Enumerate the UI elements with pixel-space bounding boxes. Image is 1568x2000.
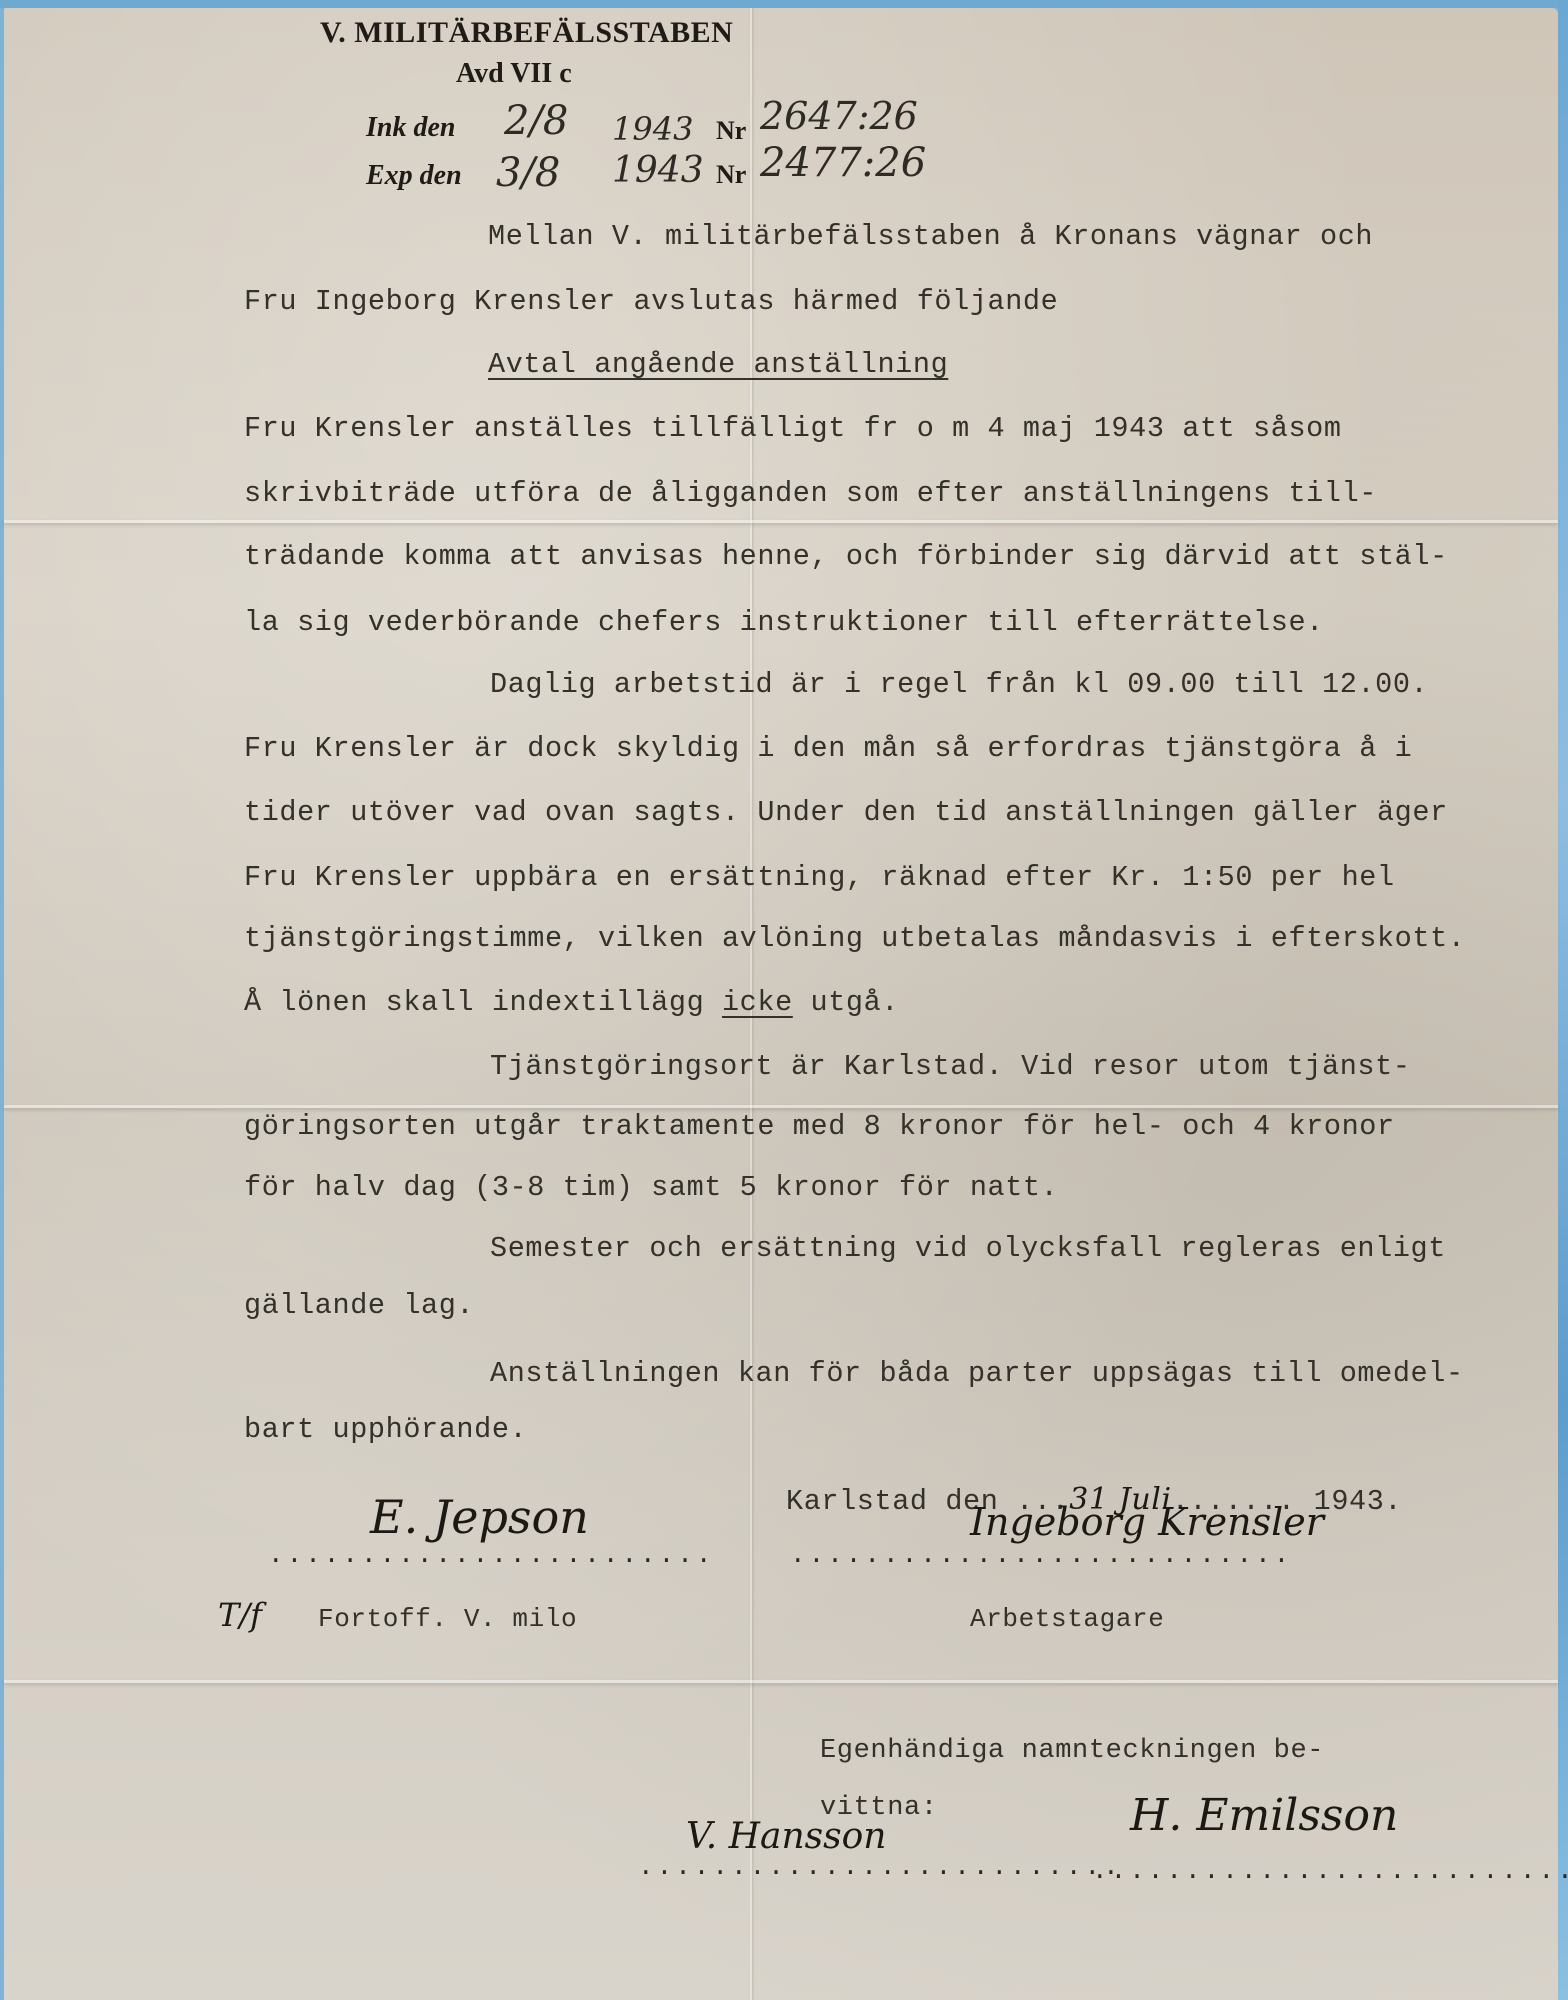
ink-year: 1943 [612,110,693,148]
letterhead-title: V. MILITÄRBEFÄLSSTABEN [320,16,733,50]
exp-date: 3/8 [496,150,560,196]
intro-line-2: Fru Ingeborg Krensler avslutas härmed fö… [244,285,1058,318]
body-line: bart upphörande. [244,1413,527,1446]
background-map-top [0,0,1568,8]
exp-year: 1943 [612,150,704,191]
witness-line-left: .......................... [638,1852,1122,1882]
body-line: Daglig arbetstid är i regel från kl 09.0… [490,668,1428,701]
ink-date: 2/8 [504,98,568,144]
witness-line-right: .......................... [1092,1856,1568,1886]
body-line: Fru Krensler uppbära en ersättning, räkn… [244,861,1395,894]
paper-fold-horizontal [4,520,1558,523]
body-line: Fru Krensler är dock skyldig i den mån s… [244,732,1412,765]
ink-number: 2647:26 [760,94,918,138]
body-line: Semester och ersättning vid olycksfall r… [490,1232,1446,1265]
emphasis-icke: icke [722,986,793,1019]
paper-fold-horizontal [4,1680,1558,1683]
exp-nr-label: Nr [716,160,746,190]
body-line: trädande komma att anvisas henne, och fö… [244,540,1448,573]
signature-line-right: ........................... [790,1540,1292,1570]
body-line: göringsorten utgår traktamente med 8 kro… [244,1110,1395,1143]
body-line: Fru Krensler anställes tillfälligt fr o … [244,412,1342,445]
employer-role: Fortoff. V. milo [318,1604,577,1634]
exp-label: Exp den [366,160,462,192]
paper-fold-horizontal [4,1105,1558,1108]
signature-employer: E. Jepson [370,1490,589,1544]
handwritten-tf: T/f [218,1596,262,1634]
witness-signature-left: V. Hansson [686,1816,886,1857]
witness-line-1: Egenhändiga namnteckningen be- [820,1736,1324,1766]
ink-label: Ink den [366,112,455,144]
signature-line-left: ........................ [268,1540,714,1570]
background-map-right [1558,0,1568,2000]
body-line: Anställningen kan för båda parter uppsäg… [490,1357,1464,1390]
body-line: skrivbiträde utföra de åligganden som ef… [244,477,1377,510]
body-line: tjänstgöringstimme, vilken avlöning utbe… [244,922,1466,955]
exp-number: 2477:26 [760,140,926,186]
body-line-text: Å lönen skall indextillägg [244,986,722,1019]
employee-role: Arbetstagare [970,1604,1164,1634]
body-line: Tjänstgöringsort är Karlstad. Vid resor … [490,1050,1411,1083]
intro-line-1: Mellan V. militärbefälsstaben å Kronans … [488,220,1373,253]
agreement-heading: Avtal angående anställning [488,348,948,381]
witness-signature-right: H. Emilsson [1130,1790,1398,1841]
date-year: 1943. [1314,1485,1403,1518]
body-line-tail: utgå. [793,986,899,1019]
body-line: Å lönen skall indextillägg icke utgå. [244,986,899,1019]
body-line: för halv dag (3-8 tim) samt 5 kronor för… [244,1171,1058,1204]
ink-nr-label: Nr [716,116,746,146]
body-line: la sig vederbörande chefers instruktione… [244,606,1324,639]
body-line: tider utöver vad ovan sagts. Under den t… [244,796,1448,829]
body-line: gällande lag. [244,1289,474,1322]
signature-employee: Ingeborg Krensler [970,1500,1324,1544]
letterhead-department: Avd VII c [456,58,572,90]
